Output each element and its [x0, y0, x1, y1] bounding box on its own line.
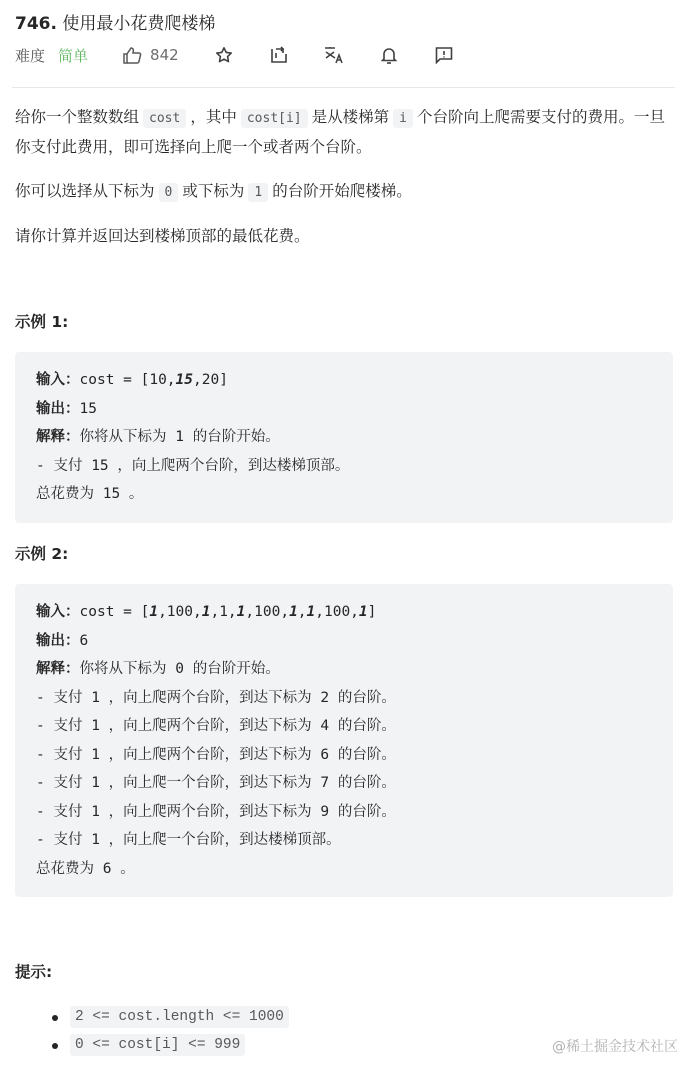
problem-description: 给你一个整数数组cost，其中cost[i]是从楼梯第i个台阶向上爬需要支付的费… [15, 103, 675, 266]
inline-code: i [393, 109, 413, 128]
hint-item: 2 <= cost.length <= 1000 [52, 1003, 293, 1031]
inline-code: cost [143, 109, 186, 128]
share-button[interactable] [268, 44, 290, 66]
problem-number: 746. [15, 14, 57, 34]
watermark: @稀土掘金技术社区 [552, 1036, 678, 1056]
hints-heading: 提示: [15, 960, 52, 982]
star-icon [215, 46, 233, 64]
like-count: 842 [150, 46, 179, 64]
bell-icon [381, 46, 397, 64]
description-paragraph-1: 给你一个整数数组cost，其中cost[i]是从楼梯第i个台阶向上爬需要支付的费… [15, 103, 675, 162]
hints-list: 2 <= cost.length <= 1000 0 <= cost[i] <=… [52, 1003, 293, 1059]
example-1-heading: 示例 1: [15, 310, 68, 332]
feedback-icon [435, 46, 453, 64]
example-2-heading: 示例 2: [15, 542, 68, 564]
translate-icon [324, 46, 344, 64]
problem-title: 746. 使用最小花费爬楼梯 [15, 9, 215, 34]
subscribe-button[interactable] [378, 44, 400, 66]
difficulty-label: 难度 [15, 45, 45, 66]
difficulty-badge: 简单 [58, 45, 88, 66]
favorite-button[interactable] [213, 44, 235, 66]
example-1-block: 输入：cost = [10,15,20] 输出：15 解释：你将从下标为 1 的… [15, 352, 673, 523]
description-paragraph-2: 你可以选择从下标为0或下标为1的台阶开始爬楼梯。 [15, 177, 675, 207]
inline-code: 1 [248, 183, 268, 202]
example-2-block: 输入：cost = [1,100,1,1,1,100,1,1,100,1] 输出… [15, 584, 673, 897]
inline-code: 0 [159, 183, 179, 202]
hint-item: 0 <= cost[i] <= 999 [52, 1031, 293, 1059]
description-paragraph-3: 请你计算并返回达到楼梯顶部的最低花费。 [15, 222, 675, 251]
example-2-input: cost = [1,100,1,1,1,100,1,1,100,1] [80, 604, 377, 620]
problem-meta-bar: 难度 简单 842 [15, 43, 455, 67]
translate-button[interactable] [323, 44, 345, 66]
header-divider [12, 87, 675, 88]
problem-title-text: 使用最小花费爬楼梯 [62, 14, 215, 34]
feedback-button[interactable] [433, 44, 455, 66]
like-button[interactable]: 842 [123, 46, 179, 64]
inline-code: cost[i] [241, 109, 308, 128]
share-icon [270, 46, 288, 64]
thumbs-up-icon [123, 46, 142, 64]
